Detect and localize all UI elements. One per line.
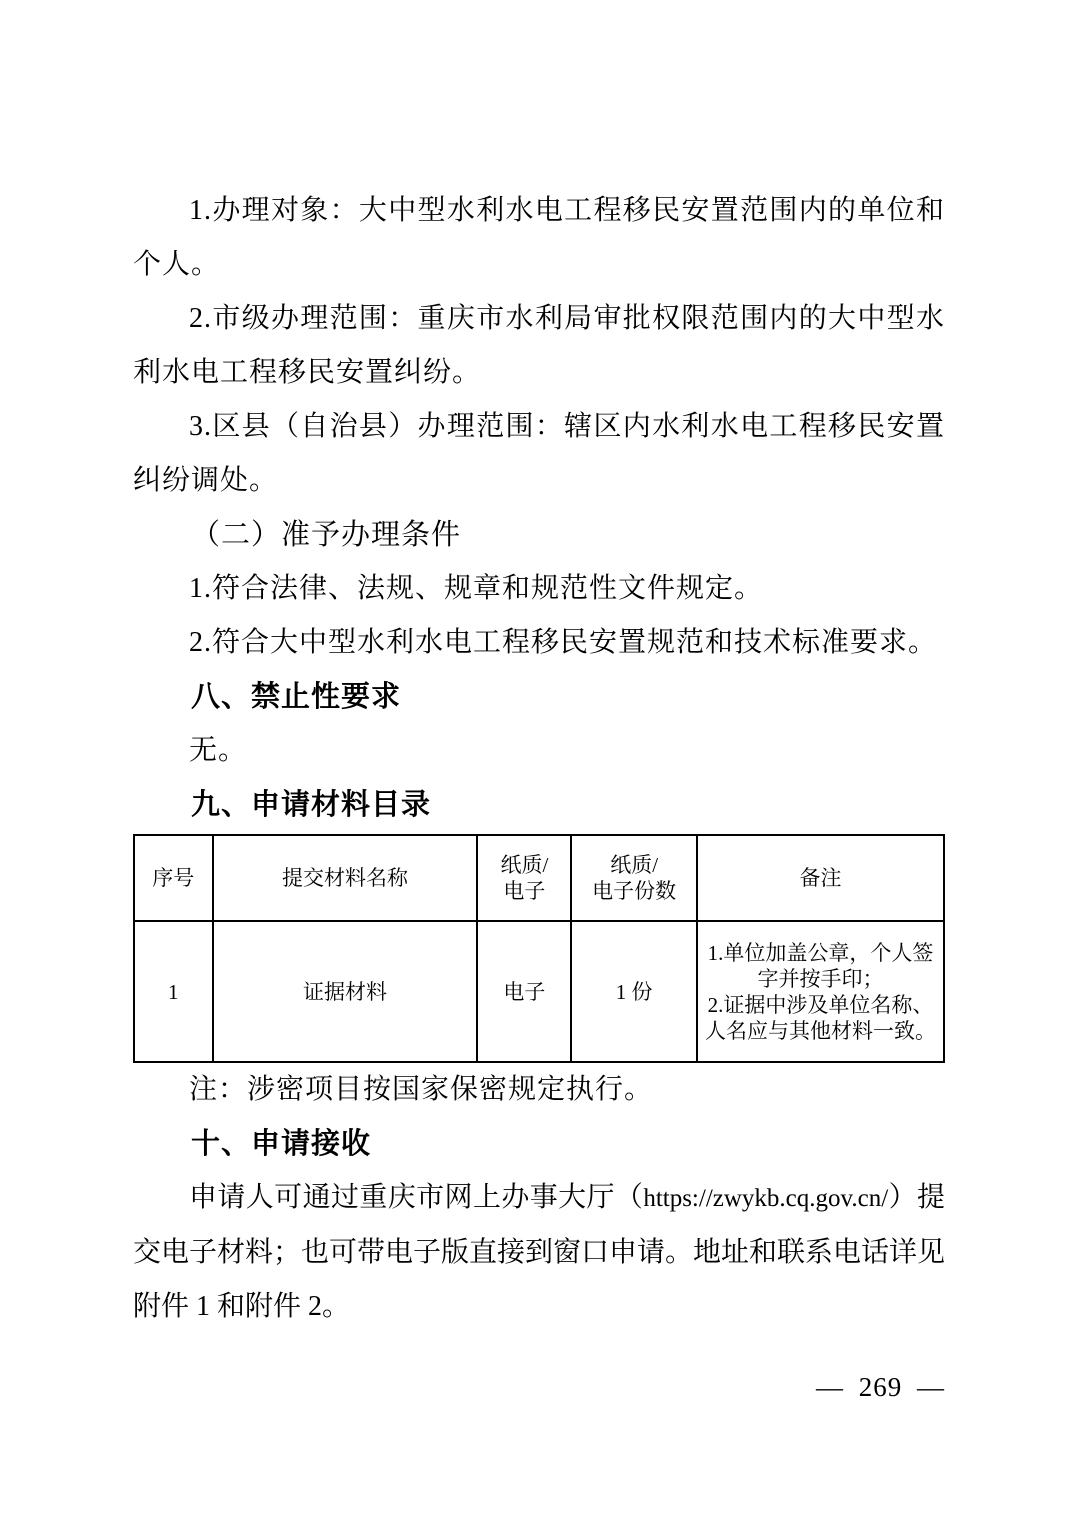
section-heading-materials-list: 九、申请材料目录: [133, 778, 945, 832]
header-copies-line2: 电子份数: [576, 878, 692, 904]
header-material-name: 提交材料名称: [213, 835, 478, 921]
page-number: — 269 —: [133, 1360, 945, 1414]
table-header-row: 序号 提交材料名称 纸质/ 电子 纸质/ 电子份数 备注: [134, 835, 944, 921]
condition-item-1: 1.符合法律、法规、规章和规范性文件规定。: [133, 562, 945, 616]
cell-medium: 电子: [477, 921, 571, 1062]
paragraph-confidential-note: 注：涉密项目按国家保密规定执行。: [133, 1063, 945, 1117]
paragraph-city-scope: 2.市级办理范围：重庆市水利局审批权限范围内的大中型水利水电工程移民安置纠纷。: [133, 292, 945, 400]
portal-url: https://zwykb.cq.gov.cn/: [643, 1185, 888, 1212]
paragraph-county-scope: 3.区县（自治县）办理范围：辖区内水利水电工程移民安置纠纷调处。: [133, 400, 945, 508]
cell-copies: 1 份: [571, 921, 697, 1062]
subsection-heading-approval-conditions: （二）准予办理条件: [133, 508, 945, 562]
header-remark: 备注: [697, 835, 944, 921]
paragraph-none: 无。: [133, 724, 945, 778]
header-seq: 序号: [134, 835, 213, 921]
header-medium: 纸质/ 电子: [477, 835, 571, 921]
header-copies: 纸质/ 电子份数: [571, 835, 697, 921]
condition-item-2: 2.符合大中型水利水电工程移民安置规范和技术标准要求。: [133, 616, 945, 670]
table-row: 1 证据材料 电子 1 份 1.单位加盖公章，个人签字并按手印； 2.证据中涉及…: [134, 921, 944, 1062]
header-medium-line1: 纸质/: [482, 852, 566, 878]
section-heading-application-reception: 十、申请接收: [133, 1117, 945, 1171]
reception-text-before: 申请人可通过重庆市网上办事大厅（: [189, 1182, 643, 1213]
paragraph-application-reception: 申请人可通过重庆市网上办事大厅（https://zwykb.cq.gov.cn/…: [133, 1171, 945, 1334]
remark-item-2: 2.证据中涉及单位名称、人名应与其他材料一致。: [702, 992, 939, 1044]
section-heading-prohibitions: 八、禁止性要求: [133, 670, 945, 724]
remark-item-1: 1.单位加盖公章，个人签字并按手印；: [702, 940, 939, 992]
paragraph-target-audience: 1.办理对象：大中型水利水电工程移民安置范围内的单位和个人。: [133, 184, 945, 292]
header-copies-line1: 纸质/: [576, 852, 692, 878]
cell-remark: 1.单位加盖公章，个人签字并按手印； 2.证据中涉及单位名称、人名应与其他材料一…: [697, 921, 944, 1062]
cell-material: 证据材料: [213, 921, 478, 1062]
document-page: 1.办理对象：大中型水利水电工程移民安置范围内的单位和个人。 2.市级办理范围：…: [0, 0, 1074, 1520]
materials-table: 序号 提交材料名称 纸质/ 电子 纸质/ 电子份数 备注 1 证据材料 电子 1…: [133, 834, 945, 1063]
header-medium-line2: 电子: [482, 878, 566, 904]
cell-seq: 1: [134, 921, 213, 1062]
